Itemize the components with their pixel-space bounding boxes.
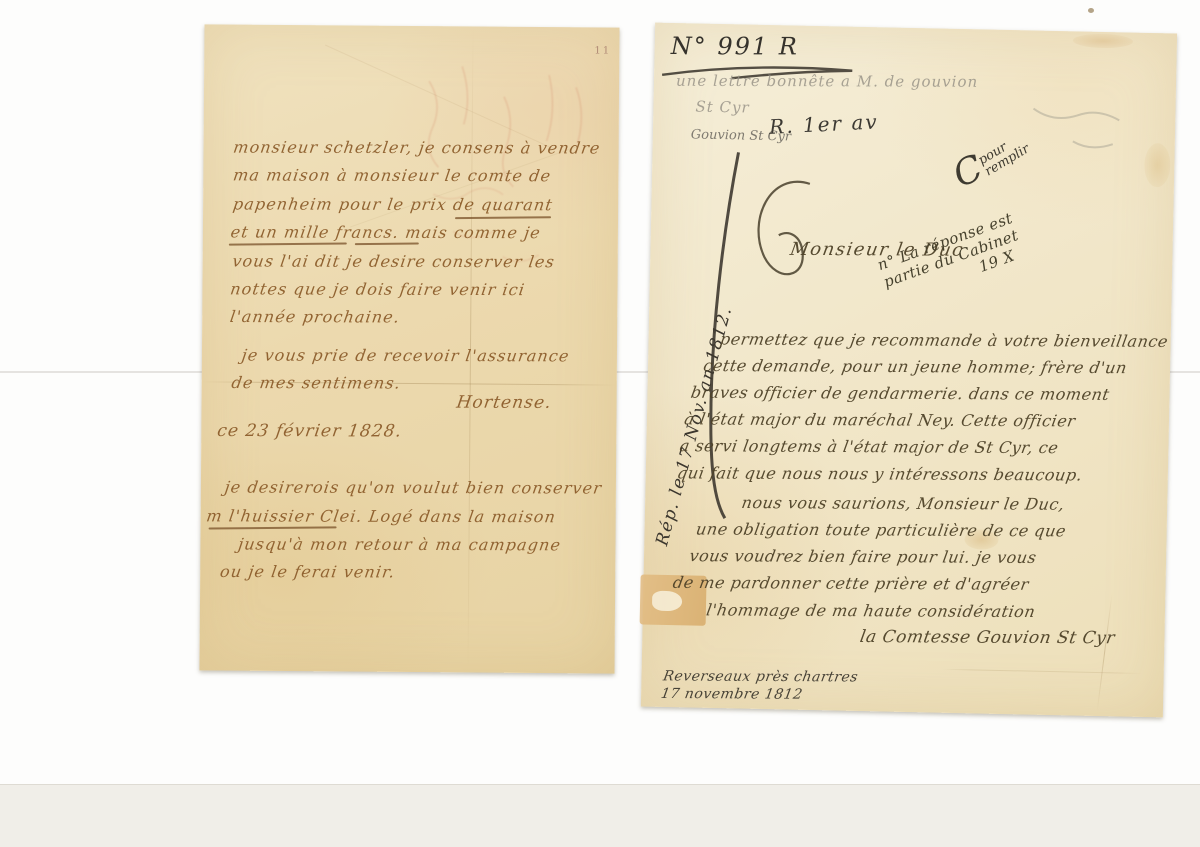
routing-note: R. 1er av <box>769 110 880 139</box>
letter-line: papenheim pour le prix de quarant <box>232 194 555 214</box>
letter-line: a servi longtems à l'état major de St Cy… <box>678 436 1060 457</box>
ink-underline <box>455 216 551 219</box>
cabinet-response-note: n° La réponse est partie du Cabinet 19 X <box>875 162 1157 308</box>
date-line: 17 novembre 1812 <box>660 686 804 703</box>
dust-speck <box>1088 8 1094 13</box>
letter-line: nous vous saurions, Monsieur le Duc, <box>740 493 1066 514</box>
letter-line: vous voudrez bien faire pour lui. je vou… <box>688 546 1038 567</box>
letter-line: permettez que je recommande à votre bien… <box>719 330 1170 351</box>
cabinet-note-line: partie du Cabinet <box>881 179 1151 291</box>
letter-line: je desirerois qu'on voulut bien conserve… <box>223 478 603 498</box>
letter-line: l'hommage de ma haute considération <box>705 600 1037 621</box>
ink-underline <box>229 242 347 245</box>
right-letter-paper: N° 991 R une lettre bonnête a M. de gouv… <box>641 23 1177 718</box>
date-line: ce 23 février 1828. <box>216 421 404 441</box>
letter-line: de me pardonner cette prière et d'agréer <box>672 573 1031 594</box>
letter-line: et un mille francs. mais comme je <box>229 222 542 242</box>
place-line: Reverseaux près chartres <box>662 668 859 685</box>
signature: la Comtesse Gouvion St Cyr <box>858 627 1116 648</box>
scanner-tray-band <box>0 784 1200 847</box>
left-letter-paper: 11 monsieur schetzler, je consens à vend… <box>199 24 619 673</box>
letter-line: qui fait que nous nous y intéressons bea… <box>676 463 1084 484</box>
letter-line: m l'huissier Clei. Logé dans la maison <box>205 506 557 526</box>
stain <box>1144 143 1171 188</box>
letter-line: ou je le ferai venir. <box>219 562 397 581</box>
letter-line: vous l'ai dit je desire conserver les <box>231 251 556 271</box>
ink-underline <box>355 243 419 246</box>
letter-line: une obligation toute particulière de ce … <box>695 520 1068 541</box>
letter-line: jusqu'à mon retour à ma campagne <box>237 535 563 555</box>
paper-crack <box>1097 593 1113 712</box>
pencil-corner-mark: 11 <box>594 45 611 56</box>
letter-line: braves officier de gendarmerie. dans ce … <box>689 383 1111 404</box>
fold-crease <box>942 669 1142 674</box>
signature: Hortense. <box>455 393 553 413</box>
letter-line: nottes que je dois faire venir ici <box>229 279 526 299</box>
stain <box>1073 33 1133 48</box>
pencil-note: St Cyr <box>695 97 750 116</box>
letter-line: monsieur schetzler, je consens à vendre <box>232 138 602 158</box>
letter-line: je vous prie de recevoir l'assurance <box>240 346 570 366</box>
ink-underline <box>209 526 337 529</box>
letter-line: de mes sentimens. <box>230 373 402 392</box>
pencil-note: une lettre bonnête a M. de gouvion <box>676 72 978 91</box>
letter-line: cette demande, pour un jeune homme; frèr… <box>702 356 1129 377</box>
tape-core <box>652 591 682 612</box>
letter-line: ma maison à monsieur le comte de <box>232 165 553 185</box>
letter-line: l'année prochaine. <box>229 307 402 326</box>
fold-crease <box>325 45 553 149</box>
clerk-flourish: Cpourremplir <box>947 128 1034 195</box>
letter-line: à l'état major du maréchal Ney. Cette of… <box>683 409 1077 430</box>
registry-number: N° 991 R <box>671 32 799 60</box>
scanned-letters-page: { "page": { "background": "#fdfdfc", "tr… <box>0 0 1200 847</box>
